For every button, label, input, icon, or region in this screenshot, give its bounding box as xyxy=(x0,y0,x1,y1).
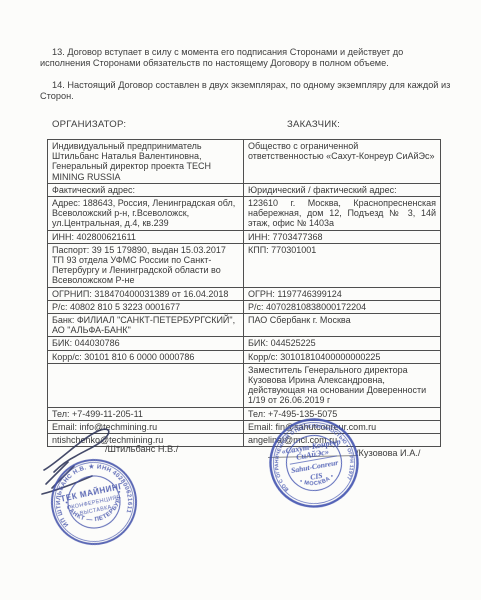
requisites-cell: Заместитель Генерального директора Кузов… xyxy=(244,363,441,407)
table-row: Фактический адрес: Юридический / фактиче… xyxy=(48,183,441,196)
requisites-cell: Общество с ограниченной ответственностью… xyxy=(244,140,441,184)
table-row: Корр/с: 30101 810 6 0000 0000786 Корр/с:… xyxy=(48,350,441,363)
table-row: ИНН: 402800621611 ИНН: 7703477368 xyxy=(48,230,441,243)
table-row: Р/с: 40802 810 5 3223 0001677 Р/с: 40702… xyxy=(48,300,441,313)
requisites-cell: Фактический адрес: xyxy=(48,183,244,196)
table-row: БИК: 044030786 БИК: 044525225 xyxy=(48,337,441,350)
requisites-cell: Юридический / фактический адрес: xyxy=(244,183,441,196)
requisites-cell: ИНН: 402800621611 xyxy=(48,230,244,243)
requisites-cell: Корр/с: 30101 810 6 0000 0000786 xyxy=(48,350,244,363)
customer-signature-name: /Кузовова И.А./ xyxy=(356,448,420,458)
table-row: Тел: +7-499-11-205-11 Тел: +7-495-135-50… xyxy=(48,407,441,420)
requisites-cell: ИНН: 7703477368 xyxy=(244,230,441,243)
table-row: Банк: ФИЛИАЛ "САНКТ-ПЕТЕРБУРГСКИЙ", АО "… xyxy=(48,314,441,337)
clause-14-text: 14. Настоящий Договор составлен в двух э… xyxy=(40,80,452,102)
table-row: Паспорт: 39 15 179890, выдан 15.03.2017 … xyxy=(48,243,441,287)
table-row: ОГРНИП: 318470400031389 от 16.04.2018 ОГ… xyxy=(48,287,441,300)
requisites-cell xyxy=(48,363,244,407)
requisites-cell: Индивидуальный предприниматель Штильбанс… xyxy=(48,140,244,184)
requisites-cell: Паспорт: 39 15 179890, выдан 15.03.2017 … xyxy=(48,243,244,287)
customer-stamp: ОБЩЕСТВО С ОГРАНИЧЕННОЙ ОТВЕТСТВЕННОСТЬЮ… xyxy=(257,406,371,520)
requisites-cell: ОГРНИП: 318470400031389 от 16.04.2018 xyxy=(48,287,244,300)
requisites-cell: Р/с: 40802 810 5 3223 0001677 xyxy=(48,300,244,313)
table-row: Адрес: 188643, Россия, Ленинградская обл… xyxy=(48,197,441,231)
organizer-stamp: ИП ШТИЛЬБАНС Н.В. ★ ИНН 402800621611 • С… xyxy=(37,445,151,559)
requisites-cell: 123610 г. Москва, Краснопресненская набе… xyxy=(244,197,441,231)
organizer-label: ОРГАНИЗАТОР: xyxy=(52,119,126,130)
requisites-cell: БИК: 044525225 xyxy=(244,337,441,350)
requisites-cell: ПАО Сбербанк г. Москва xyxy=(244,314,441,337)
requisites-cell: КПП: 770301001 xyxy=(244,243,441,287)
requisites-cell: Тел: +7-499-11-205-11 xyxy=(48,407,244,420)
table-row: Заместитель Генерального директора Кузов… xyxy=(48,363,441,407)
requisites-cell: Р/с: 40702810838000172204 xyxy=(244,300,441,313)
requisites-cell: Корр/с: 30101810400000000225 xyxy=(244,350,441,363)
requisites-cell: ОГРН: 1197746399124 xyxy=(244,287,441,300)
requisites-cell: Банк: ФИЛИАЛ "САНКТ-ПЕТЕРБУРГСКИЙ", АО "… xyxy=(48,314,244,337)
table-row: Индивидуальный предприниматель Штильбанс… xyxy=(48,140,441,184)
requisites-table: Индивидуальный предприниматель Штильбанс… xyxy=(47,139,441,447)
customer-label: ЗАКАЗЧИК: xyxy=(287,119,340,130)
requisites-cell: Адрес: 188643, Россия, Ленинградская обл… xyxy=(48,197,244,231)
requisites-cell: БИК: 044030786 xyxy=(48,337,244,350)
clause-13-text: 13. Договор вступает в силу с момента ег… xyxy=(40,47,452,69)
